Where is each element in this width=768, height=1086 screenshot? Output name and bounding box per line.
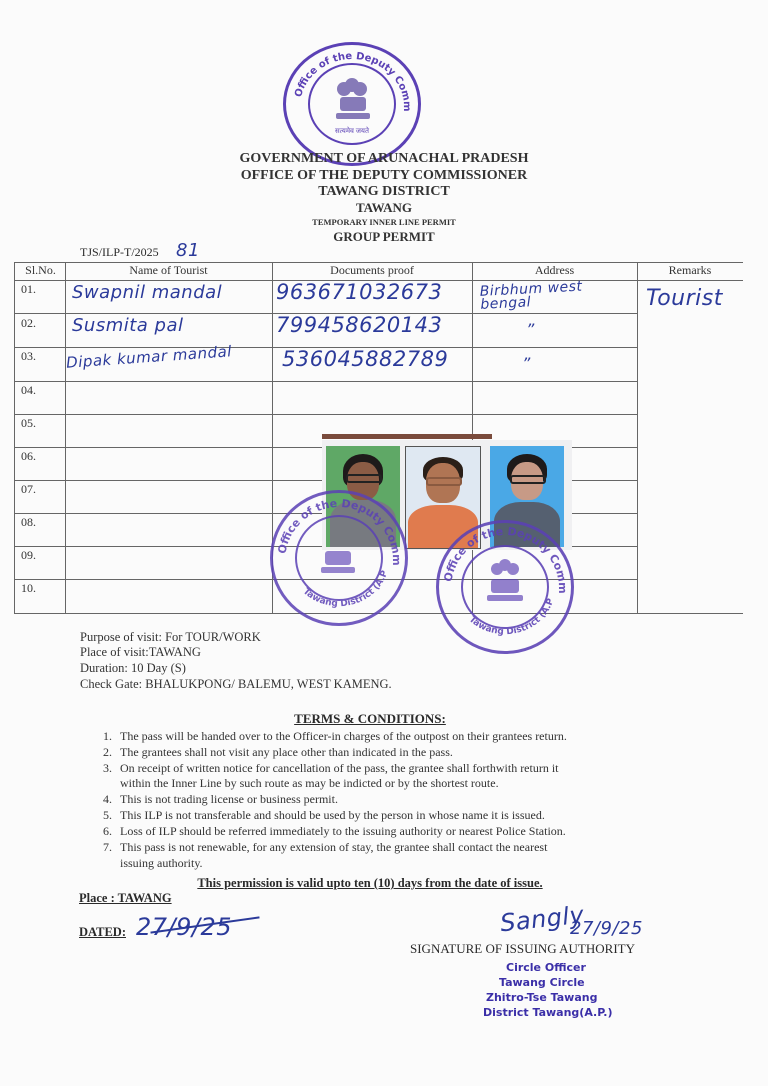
table-row-sl: 02. xyxy=(21,316,36,331)
column-header-slno: Sl.No. xyxy=(16,263,65,278)
officer-stamp-line: Tawang Circle xyxy=(499,976,585,989)
table-row-sl: 01. xyxy=(21,282,36,297)
place-of-visit: Place of visit:TAWANG xyxy=(80,645,201,660)
table-row-sl: 08. xyxy=(21,515,36,530)
signature-date: 27/9/25 xyxy=(570,918,643,939)
deputy-commissioner-seal-top: Office of the Deputy Commissioner सत्यमे… xyxy=(283,42,421,166)
duration: Duration: 10 Day (S) xyxy=(80,661,186,676)
officer-stamp-line: District Tawang(A.P.) xyxy=(483,1006,612,1019)
validity-statement: This permission is valid upto ten (10) d… xyxy=(0,876,740,891)
reference-handwritten: 81 xyxy=(176,240,200,261)
terms-title: TERMS & CONDITIONS: xyxy=(0,711,740,727)
emblem-icon: Office of the Deputy Commissioner Tawang… xyxy=(439,523,571,651)
address: ” xyxy=(526,320,535,339)
reference-number: TJS/ILP-T/2025 xyxy=(80,245,159,260)
column-header-name: Name of Tourist xyxy=(65,263,272,278)
place-label: Place : TAWANG xyxy=(79,891,172,906)
tourist-name: Susmita pal xyxy=(72,315,184,336)
column-header-documents: Documents proof xyxy=(272,263,472,278)
table-row-sl: 04. xyxy=(21,383,36,398)
document-proof: 963671032673 xyxy=(276,280,442,304)
header-government: GOVERNMENT OF ARUNACHAL PRADESH xyxy=(0,151,768,167)
signature-label: SIGNATURE OF ISSUING AUTHORITY xyxy=(410,941,635,957)
officer-stamp-line: Zhitro-Tse Tawang xyxy=(486,991,597,1004)
header-district: TAWANG DISTRICT xyxy=(0,184,768,200)
check-gate: Check Gate: BHALUKPONG/ BALEMU, WEST KAM… xyxy=(80,677,392,692)
header-office: OFFICE OF THE DEPUTY COMMISSIONER xyxy=(0,168,768,184)
column-header-remarks: Remarks xyxy=(637,263,743,278)
table-row-sl: 07. xyxy=(21,482,36,497)
address: ” xyxy=(522,354,531,373)
table-row-sl: 03. xyxy=(21,349,36,364)
deputy-commissioner-seal-right: Office of the Deputy Commissioner Tawang… xyxy=(436,520,574,654)
purpose-of-visit: Purpose of visit: For TOUR/WORK xyxy=(80,630,261,645)
header-group-permit: GROUP PERMIT xyxy=(0,229,768,245)
header-permit-type: TEMPORARY INNER LINE PERMIT xyxy=(0,217,768,227)
table-row-sl: 10. xyxy=(21,581,36,596)
officer-stamp-line: Circle Officer xyxy=(506,961,586,974)
svg-text:सत्यमेव जयते: सत्यमेव जयते xyxy=(335,126,370,135)
table-row-sl: 09. xyxy=(21,548,36,563)
column-header-address: Address xyxy=(472,263,637,278)
document-proof: 536045882789 xyxy=(282,347,448,371)
table-row-sl: 05. xyxy=(21,416,36,431)
remarks: Tourist xyxy=(646,286,723,311)
emblem-icon: Office of the Deputy Commissioner Tawang… xyxy=(273,493,405,623)
document-proof: 799458620143 xyxy=(276,313,442,337)
table-row-sl: 06. xyxy=(21,449,36,464)
address: Birbhum west bengal xyxy=(479,278,630,312)
tourist-name: Swapnil mandal xyxy=(72,282,222,303)
emblem-icon: Office of the Deputy Commissioner सत्यमे… xyxy=(286,45,418,163)
dated-label: DATED: xyxy=(79,925,126,940)
header-town: TAWANG xyxy=(0,200,768,216)
deputy-commissioner-seal-left: Office of the Deputy Commissioner Tawang… xyxy=(270,490,408,626)
